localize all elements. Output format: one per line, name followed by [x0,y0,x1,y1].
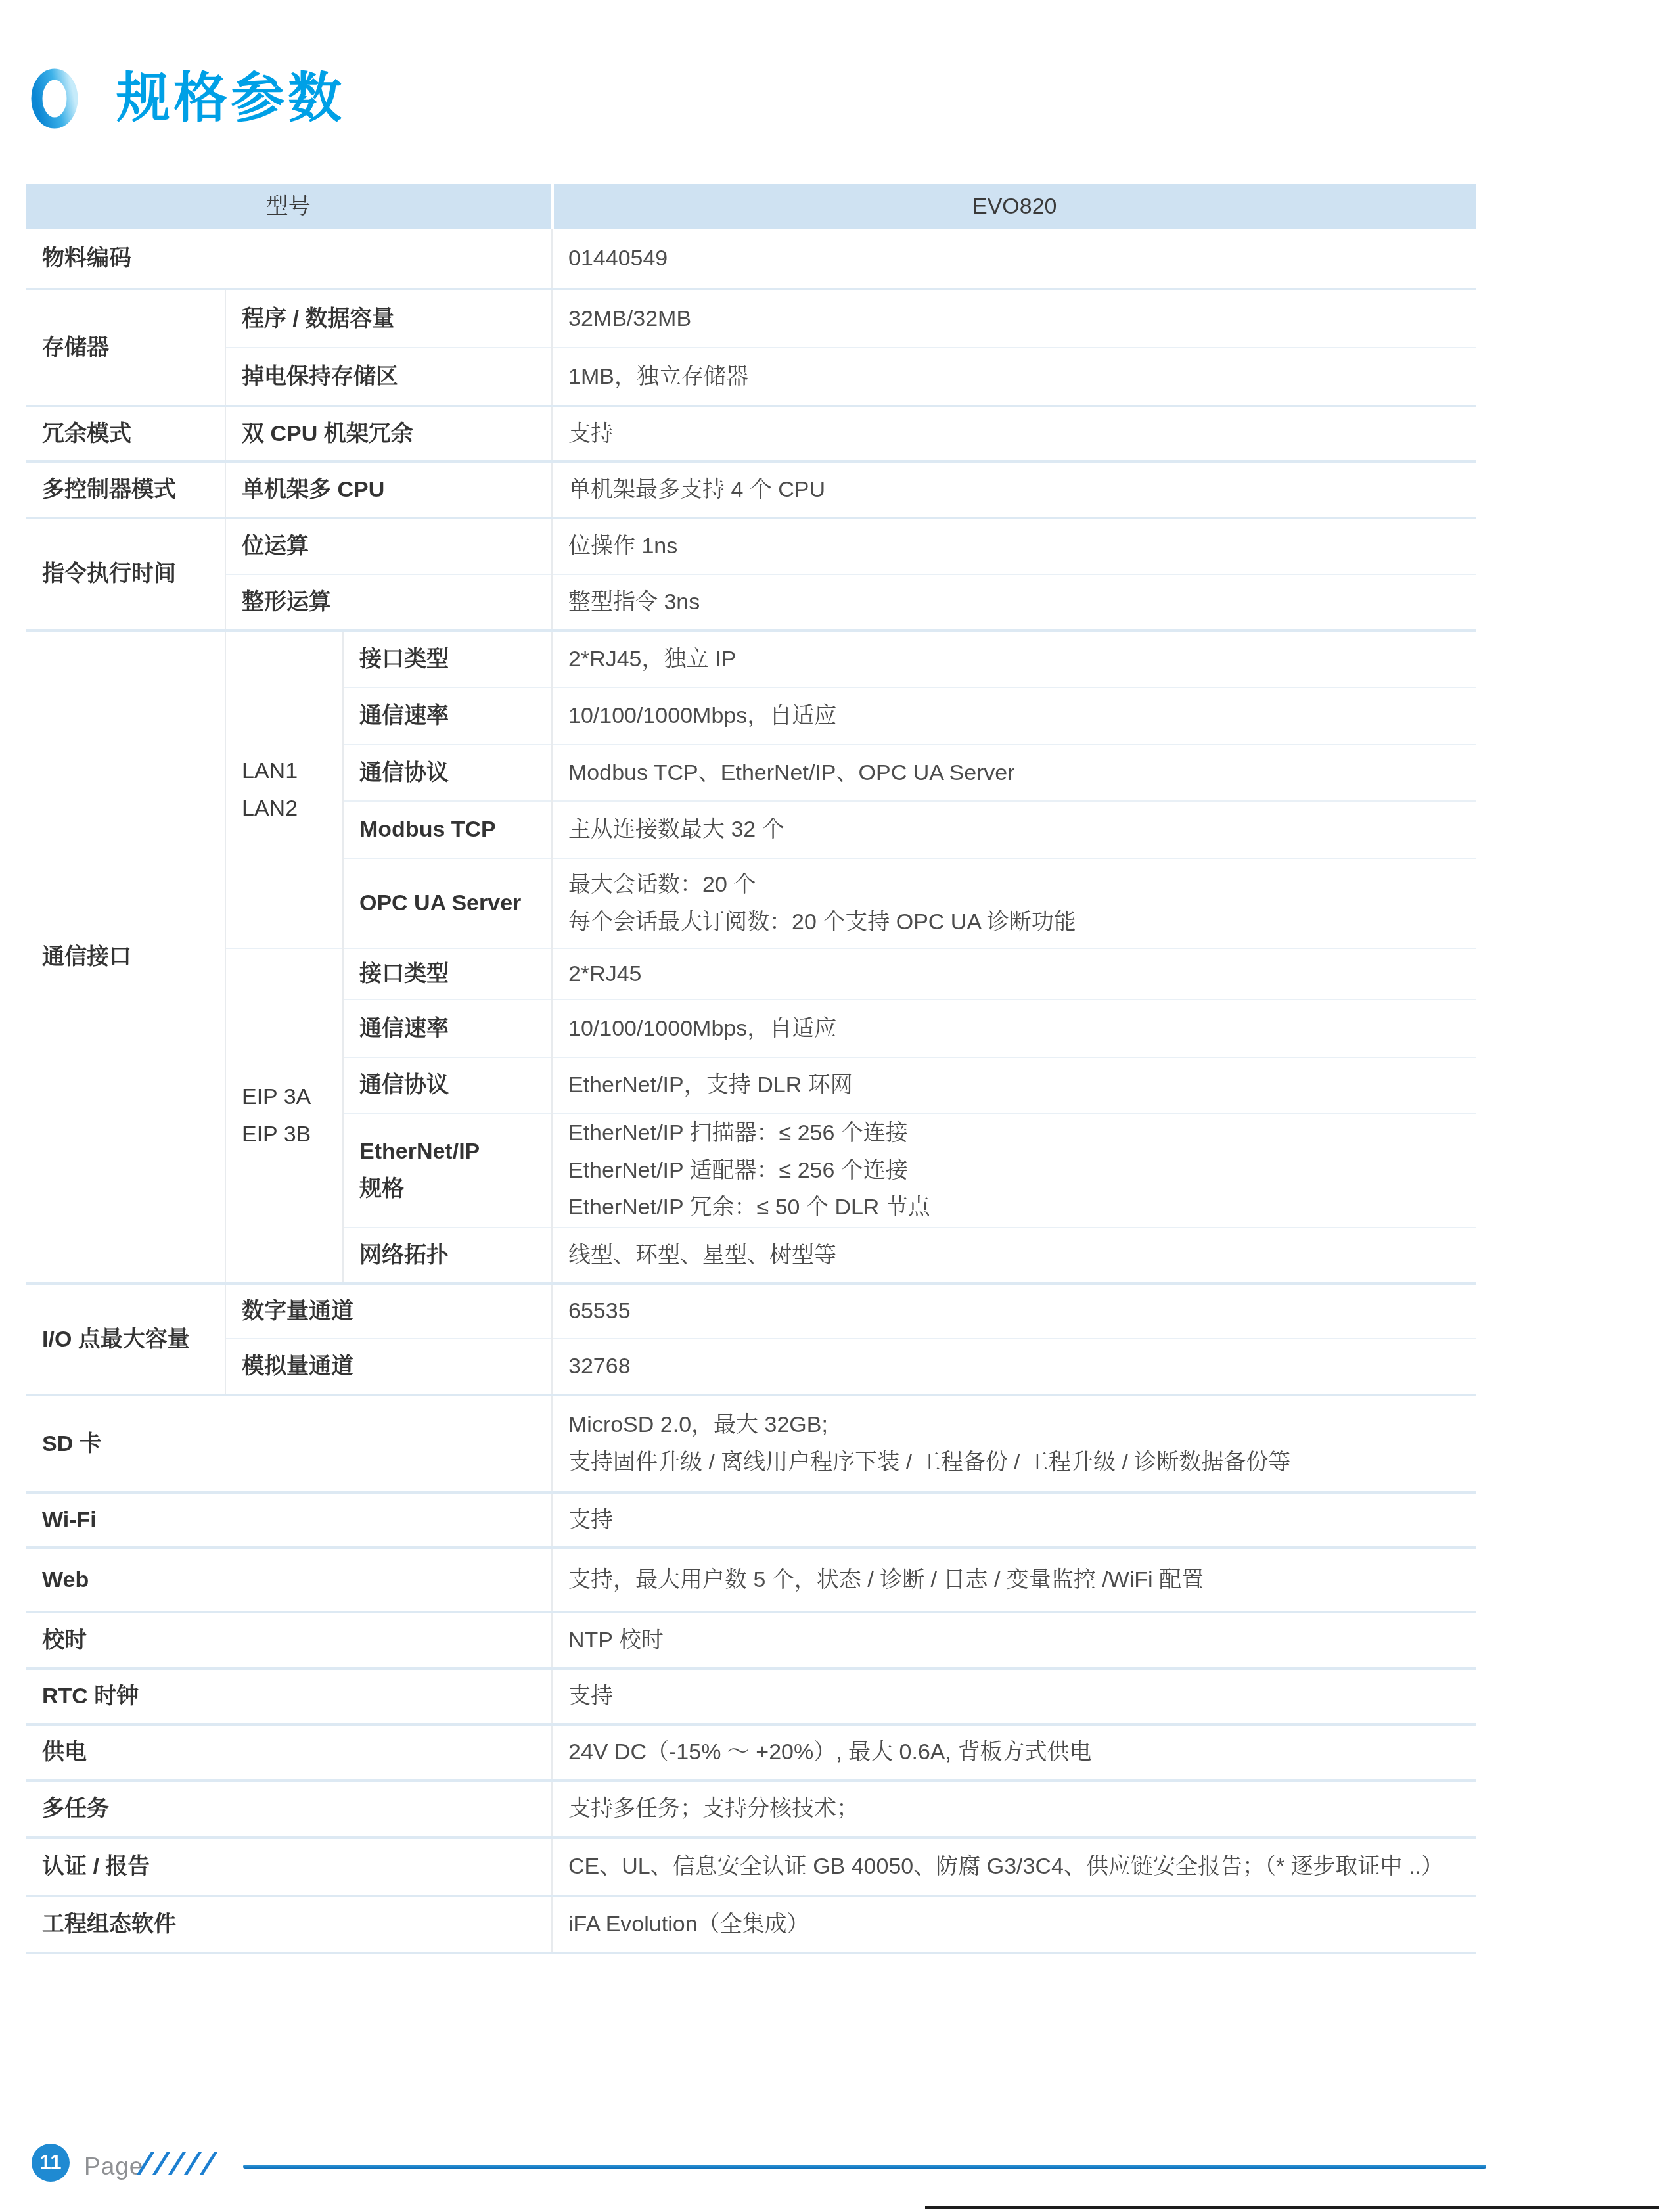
spec-value: 支持 [552,406,1476,461]
spec-value: 最大会话数：20 个 每个会话最大订阅数：20 个支持 OPC UA 诊断功能 [552,858,1476,948]
spec-value: NTP 校时 [552,1612,1476,1669]
table-row: 指令执行时间 位运算 位操作 1ns [26,518,1476,574]
table-row: RTC 时钟 支持 [26,1669,1476,1724]
spec-value: iFA Evolution（全集成） [552,1896,1476,1952]
spec-value: 主从连接数最大 32 个 [552,801,1476,858]
page-number-badge: 11 [32,2144,70,2182]
spec-value: 支持多任务；支持分核技术； [552,1780,1476,1837]
spec-attr: 掉电保持存储区 [225,348,552,406]
spec-attr: 双 CPU 机架冗余 [225,406,552,461]
footer-slashes-icon: ///// [136,2145,224,2181]
spec-value: 2*RJ45 [552,948,1476,1000]
table-row: 工程组态软件 iFA Evolution（全集成） [26,1896,1476,1952]
spec-attr: Modbus TCP [343,801,552,858]
spec-attr: 程序 / 数据容量 [225,289,552,348]
spec-value: 01440549 [552,229,1476,289]
spec-label: 认证 / 报告 [26,1837,552,1896]
spec-group-label: 存储器 [26,289,225,406]
table-row: 掉电保持存储区 1MB，独立存储器 [26,348,1476,406]
spec-value: EtherNet/IP 扫描器：≤ 256 个连接 EtherNet/IP 适配… [552,1113,1476,1228]
spec-label: RTC 时钟 [26,1669,552,1724]
table-row: 物料编码 01440549 [26,229,1476,289]
spec-attr: OPC UA Server [343,858,552,948]
table-row: 冗余模式 双 CPU 机架冗余 支持 [26,406,1476,461]
page-title: 规格参数 [116,72,345,126]
datasheet-page: { "title": { "text": "规格参数" }, "colors":… [0,0,1659,2212]
table-row: 模拟量通道 32768 [26,1339,1476,1395]
spec-value: 支持 [552,1669,1476,1724]
spec-attr: EtherNet/IP 规格 [343,1113,552,1228]
table-row: 认证 / 报告 CE、UL、信息安全认证 GB 40050、防腐 G3/3C4、… [26,1837,1476,1896]
spec-value: 10/100/1000Mbps，自适应 [552,687,1476,745]
spec-attr: 通信协议 [343,1057,552,1113]
page-label: Page [84,2153,143,2180]
table-row: 供电 24V DC（-15% ～ +20%）, 最大 0.6A, 背板方式供电 [26,1724,1476,1780]
spec-label: 多任务 [26,1780,552,1837]
spec-label: 工程组态软件 [26,1896,552,1952]
spec-value: 32MB/32MB [552,289,1476,348]
spec-value: 10/100/1000Mbps，自适应 [552,1000,1476,1057]
spec-label: SD 卡 [26,1395,552,1492]
footer-rule-line [243,2165,1486,2169]
table-row: SD 卡 MicroSD 2.0，最大 32GB; 支持固件升级 / 离线用户程… [26,1395,1476,1492]
spec-subgroup-label: EIP 3A EIP 3B [225,948,343,1283]
spec-value: 32768 [552,1339,1476,1395]
spec-value: 位操作 1ns [552,518,1476,574]
spec-value: MicroSD 2.0，最大 32GB; 支持固件升级 / 离线用户程序下装 /… [552,1395,1476,1492]
spec-value: 65535 [552,1283,1476,1339]
spec-value: 1MB，独立存储器 [552,348,1476,406]
page-number: 11 [40,2151,62,2175]
spec-attr: 通信协议 [343,745,552,801]
table-header-model-label: 型号 [26,184,552,229]
spec-group-label: 通信接口 [26,630,225,1283]
table-row: Wi-Fi 支持 [26,1492,1476,1548]
spec-table: 型号 EVO820 物料编码 01440549 存储器 程序 / 数据容量 32… [26,184,1476,1954]
spec-attr: 单机架多 CPU [225,461,552,518]
section-header: 规格参数 [31,66,345,131]
table-row: EIP 3A EIP 3B 接口类型 2*RJ45 [26,948,1476,1000]
table-row: 通信接口 LAN1 LAN2 接口类型 2*RJ45，独立 IP [26,630,1476,687]
table-row: 整形运算 整型指令 3ns [26,574,1476,630]
spec-value: CE、UL、信息安全认证 GB 40050、防腐 G3/3C4、供应链安全报告；… [552,1837,1476,1896]
table-row: 校时 NTP 校时 [26,1612,1476,1669]
spec-label: 冗余模式 [26,406,225,461]
table-row: 存储器 程序 / 数据容量 32MB/32MB [26,289,1476,348]
spec-value: 支持，最大用户数 5 个，状态 / 诊断 / 日志 / 变量监控 /WiFi 配… [552,1548,1476,1612]
spec-attr: 模拟量通道 [225,1339,552,1395]
spec-attr: 通信速率 [343,1000,552,1057]
spec-value: 线型、环型、星型、树型等 [552,1228,1476,1283]
spec-group-label: I/O 点最大容量 [26,1283,225,1395]
spec-label: 物料编码 [26,229,552,289]
section-ring-icon [31,68,78,129]
spec-value: 24V DC（-15% ～ +20%）, 最大 0.6A, 背板方式供电 [552,1724,1476,1780]
spec-attr: 接口类型 [343,948,552,1000]
spec-value: Modbus TCP、EtherNet/IP、OPC UA Server [552,745,1476,801]
spec-attr: 数字量通道 [225,1283,552,1339]
spec-group-label: 指令执行时间 [26,518,225,630]
spec-value: 整型指令 3ns [552,574,1476,630]
table-header-model-value: EVO820 [552,184,1476,229]
spec-value: 支持 [552,1492,1476,1548]
spec-label: 供电 [26,1724,552,1780]
spec-value: EtherNet/IP，支持 DLR 环网 [552,1057,1476,1113]
spec-attr: 整形运算 [225,574,552,630]
spec-label: Wi-Fi [26,1492,552,1548]
spec-attr: 通信速率 [343,687,552,745]
bottom-edge-line [925,2206,1659,2209]
spec-value: 2*RJ45，独立 IP [552,630,1476,687]
spec-label: Web [26,1548,552,1612]
spec-attr: 网络拓扑 [343,1228,552,1283]
table-row: I/O 点最大容量 数字量通道 65535 [26,1283,1476,1339]
spec-attr: 接口类型 [343,630,552,687]
spec-value: 单机架最多支持 4 个 CPU [552,461,1476,518]
spec-label: 多控制器模式 [26,461,225,518]
spec-subgroup-label: LAN1 LAN2 [225,630,343,948]
table-row: 多控制器模式 单机架多 CPU 单机架最多支持 4 个 CPU [26,461,1476,518]
spec-attr: 位运算 [225,518,552,574]
spec-label: 校时 [26,1612,552,1669]
table-row: 多任务 支持多任务；支持分核技术； [26,1780,1476,1837]
table-row: Web 支持，最大用户数 5 个，状态 / 诊断 / 日志 / 变量监控 /Wi… [26,1548,1476,1612]
